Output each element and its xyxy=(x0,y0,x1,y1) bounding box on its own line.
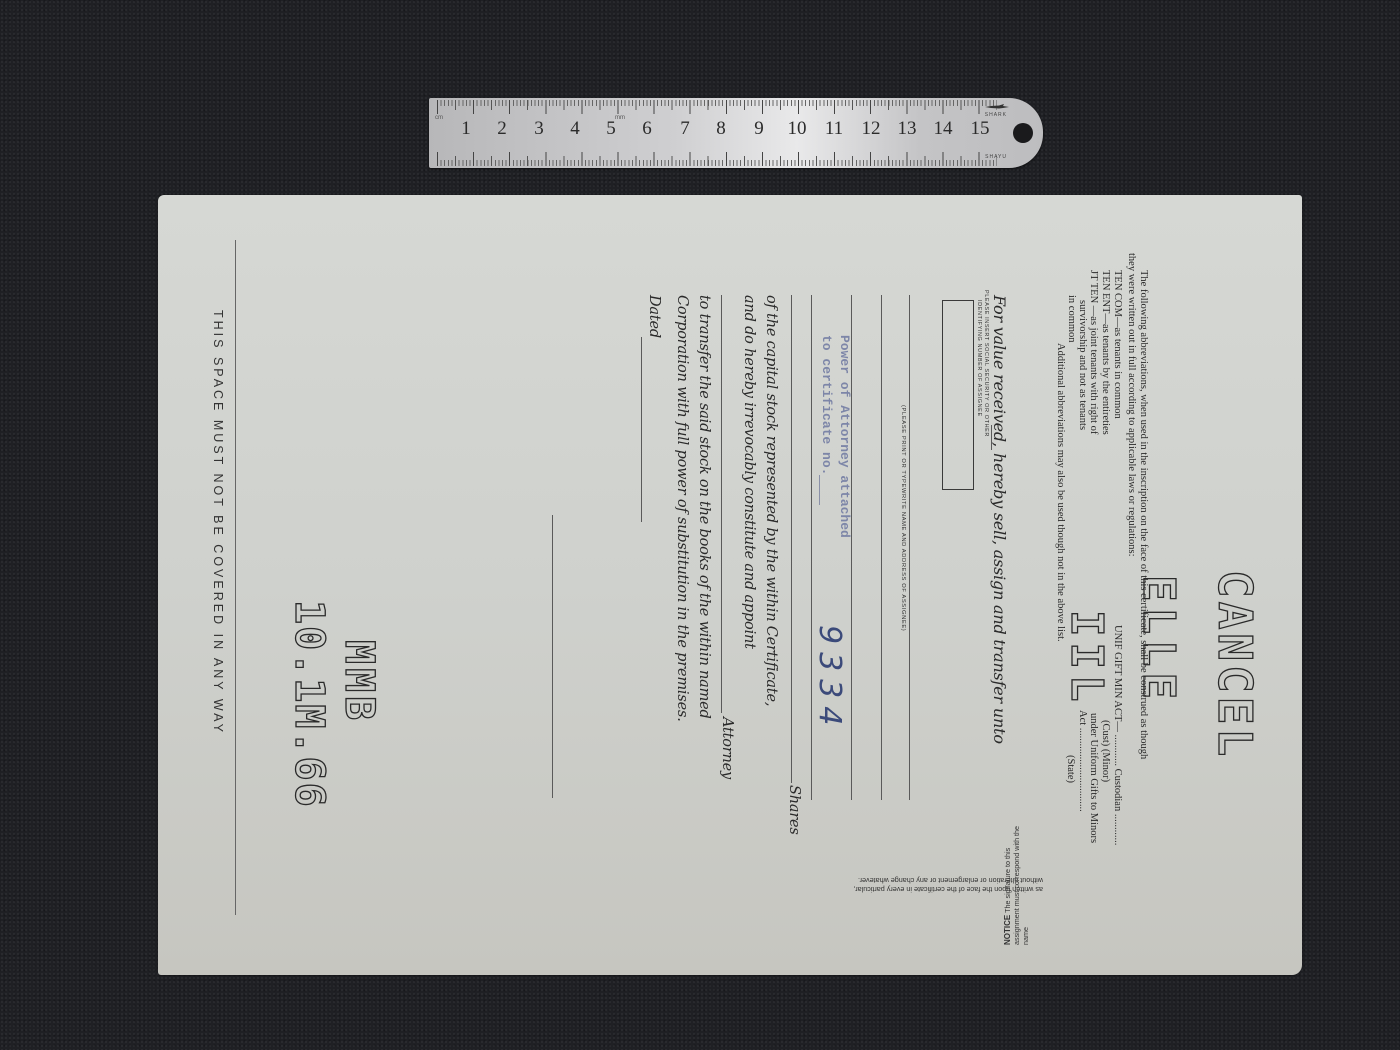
abbrev-ten-com: TEN COM—as tenants in common xyxy=(1111,270,1123,419)
ruler-number: 14 xyxy=(934,118,953,140)
assignee-address-line-1 xyxy=(881,295,882,800)
typed-underline xyxy=(819,475,820,505)
perforation-cancel: CANCEL xyxy=(1208,570,1262,760)
ruler-brand-top: SHARK xyxy=(985,112,1007,118)
abbrev-under-ugma: under Uniform Gifts to Minors xyxy=(1087,713,1099,843)
ruler-number: 9 xyxy=(754,118,764,140)
shares-label: Shares xyxy=(786,785,802,835)
abbrev-additional: Additional abbreviations may also be use… xyxy=(1054,343,1066,642)
ssn-caption-1: PLEASE INSERT SOCIAL SECURITY OR OTHER xyxy=(983,290,989,437)
typed-power-of-attorney: Power of Attorney attached xyxy=(837,335,852,538)
ruler-number: 12 xyxy=(862,118,881,140)
guarantee-space-label: THIS SPACE MUST NOT BE COVERED IN ANY WA… xyxy=(211,310,225,735)
perforation-upper-row1: ELLE xyxy=(1133,575,1184,705)
attorney-label: Attorney xyxy=(719,717,735,779)
abbrev-jt-ten-3: in common xyxy=(1065,295,1077,343)
transfer-text: to transfer the said stock on the books … xyxy=(696,295,712,719)
hereby-sell-assign: hereby sell, assign and transfer unto xyxy=(990,453,1009,744)
ruler-ticks-top xyxy=(437,100,997,114)
ruler-number: 2 xyxy=(497,118,507,140)
ruler-unit-mm: mm xyxy=(615,115,625,121)
abbrev-jt-ten-2: survivorship and not as tenants xyxy=(1076,300,1088,430)
perforation-lower-row2: MMB xyxy=(336,640,382,724)
abbrev-act: Act ................................ xyxy=(1076,710,1088,812)
certificate-rotated-content: The following abbreviations, when used i… xyxy=(158,195,1302,975)
abbrev-cust-minor: (Cust) (Minor) xyxy=(1099,720,1111,782)
ruler-number: 3 xyxy=(534,118,544,140)
abbrev-ten-ent: TEN ENT—as tenants by the entireties xyxy=(1099,270,1111,435)
dated-label: Dated xyxy=(646,295,662,338)
abbrev-state: (State) xyxy=(1064,755,1076,783)
ruler-hang-hole xyxy=(1013,123,1033,143)
assignee-address-line-2 xyxy=(851,295,852,800)
abbrev-unif-gift: UNIF GIFT MIN ACT— ............ Custodia… xyxy=(1111,625,1123,845)
stock-certificate-back: The following abbreviations, when used i… xyxy=(158,195,1302,975)
ruler-number: 4 xyxy=(570,118,580,140)
abbrev-jt-ten: JT TEN —as joint tenants with right of xyxy=(1087,270,1099,434)
ruler-number: 8 xyxy=(716,118,726,140)
notice-line3: alteration or enlargement or any change … xyxy=(858,876,1018,885)
for-value-line xyxy=(991,425,992,450)
ruler-unit-cm: cm xyxy=(435,115,443,121)
corporation-text: Corporation with full power of substitut… xyxy=(674,295,690,722)
constitute-appoint-text: and do hereby irrevocably constitute and… xyxy=(741,295,757,649)
perforation-lower-row1: 10.1M.66 xyxy=(286,600,332,809)
shark-logo-icon xyxy=(985,104,1011,110)
ruler-number: 1 xyxy=(461,118,471,140)
attorney-line xyxy=(721,295,722,713)
abbrev-intro-line2: they were written out in full according … xyxy=(1125,253,1137,557)
steel-ruler: cm mm 1 2 3 4 5 6 7 8 9 10 11 12 13 14 1… xyxy=(429,98,1043,168)
assignee-name-line-1 xyxy=(909,295,910,800)
typed-certificate-no: to certificate no. xyxy=(819,335,834,475)
ruler-number: 13 xyxy=(898,118,917,140)
for-value-received: For value received, xyxy=(990,295,1009,447)
ruler-number: 15 xyxy=(971,118,990,140)
ruler-number: 11 xyxy=(825,118,843,140)
handwritten-cert-number: 9334 xyxy=(812,625,847,733)
assignee-name-caption: (PLEASE PRINT OR TYPEWRITE NAME AND ADDR… xyxy=(900,405,906,631)
ruler-brand-bottom: SHAYU xyxy=(985,154,1007,160)
signature-line[interactable] xyxy=(552,515,553,798)
shares-line xyxy=(791,295,792,783)
ruler-number: 10 xyxy=(788,118,807,140)
ssn-input-box[interactable] xyxy=(942,300,974,490)
ruler-number: 6 xyxy=(642,118,652,140)
guarantee-space-rule xyxy=(235,240,236,915)
capital-stock-text: of the capital stock represented by the … xyxy=(763,295,779,706)
ruler-ticks-bottom xyxy=(437,152,997,166)
perforation-upper-row2: IIL xyxy=(1061,610,1112,707)
notice-label: NOTICE xyxy=(1003,915,1012,945)
signature-notice-full: as written upon the face of the certific… xyxy=(843,876,1043,894)
ruler-number: 7 xyxy=(680,118,690,140)
ruler-number: 5 xyxy=(606,118,616,140)
ssn-caption-2: IDENTIFYING NUMBER OF ASSIGNEE xyxy=(976,300,982,417)
dated-line xyxy=(641,337,642,522)
